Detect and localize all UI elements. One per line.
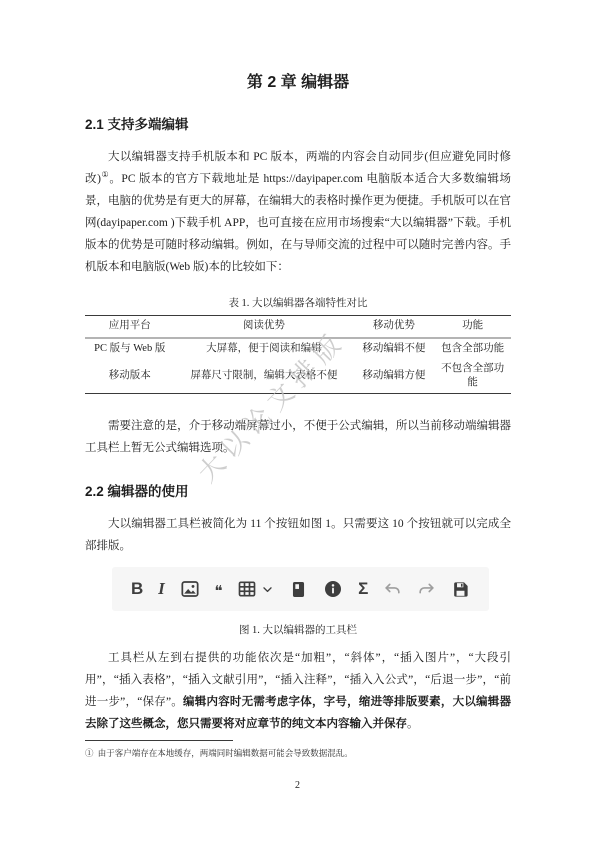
section-heading-2-2: 2.2 编辑器的使用: [85, 483, 511, 501]
chapter-title: 第 2 章 编辑器: [85, 72, 511, 94]
table-cell: PC 版与 Web 版: [85, 338, 174, 359]
insert-citation-icon: [289, 577, 308, 601]
insert-formula-icon: Σ: [358, 577, 368, 601]
section-heading-2-1: 2.1 支持多端编辑: [85, 116, 511, 134]
document-page: 大以论文排版 第 2 章 编辑器 2.1 支持多端编辑 大以编辑器支持手机版本和…: [0, 0, 595, 842]
table-row: PC 版与 Web 版 大屏幕，便于阅读和编辑 移动编辑不便 包含全部功能: [85, 338, 511, 359]
paragraph-multi-device: 大以编辑器支持手机版本和 PC 版本，两端的内容会自动同步(但应避免同时修改)①…: [85, 146, 511, 278]
redo-icon: [417, 577, 436, 601]
page-number: 2: [0, 780, 595, 791]
toolbar-figure-image: B I ❝: [112, 567, 489, 611]
paragraph-text: 。PC 版本的官方下载地址是 https://dayipaper.com 电脑版…: [85, 173, 511, 273]
table-cell: 移动版本: [85, 359, 174, 394]
table-cell: 不包含全部功能: [434, 359, 511, 394]
paragraph-text: 。: [407, 718, 419, 730]
paragraph-toolbar-intro: 大以编辑器工具栏被简化为 11 个按钮如图 1。只需要这 10 个按钮就可以完成…: [85, 513, 511, 557]
bold-icon: B: [131, 577, 143, 601]
insert-table-group: [237, 577, 274, 601]
table-row: 移动版本 屏幕尺寸限制，编辑大表格不便 移动编辑方便 不包含全部功能: [85, 359, 511, 394]
undo-icon: [383, 577, 402, 601]
paragraph-toolbar-functions: 工具栏从左到右提供的功能依次是“加粗”，“斜体”，“插入图片”，“大段引用”，“…: [85, 647, 511, 735]
chevron-down-icon: [261, 577, 274, 601]
table-cell: 屏幕尺寸限制，编辑大表格不便: [174, 359, 353, 394]
save-icon: [451, 577, 470, 601]
italic-icon: I: [158, 577, 165, 601]
table-cell: 移动编辑不便: [353, 338, 434, 359]
footnote-text: ① 由于客户端存在本地缓存，两端同时编辑数据可能会导致数据混乱。: [85, 747, 511, 759]
blockquote-icon: ❝: [215, 580, 223, 604]
footnote-block: ① 由于客户端存在本地缓存，两端同时编辑数据可能会导致数据混乱。: [85, 740, 511, 759]
footnote-divider: [85, 740, 233, 741]
figure-caption: 图 1. 大以编辑器的工具栏: [85, 624, 511, 638]
platform-comparison-table: 应用平台 阅读优势 移动优势 功能 PC 版与 Web 版 大屏幕，便于阅读和编…: [85, 315, 511, 394]
column-header-platform: 应用平台: [85, 316, 174, 339]
insert-table-icon: [237, 577, 257, 601]
footnote-marker: ①: [85, 748, 94, 758]
paragraph-formula-note: 需要注意的是，介于移动端屏幕过小，不便于公式编辑，所以当前移动端编辑器工具栏上暂…: [85, 415, 511, 459]
column-header-reading: 阅读优势: [174, 316, 353, 339]
footnote-content: 由于客户端存在本地缓存，两端同时编辑数据可能会导致数据混乱。: [98, 748, 353, 758]
table-caption: 表 1. 大以编辑器各端特性对比: [85, 297, 511, 311]
table-header-row: 应用平台 阅读优势 移动优势 功能: [85, 316, 511, 339]
page-content: 第 2 章 编辑器 2.1 支持多端编辑 大以编辑器支持手机版本和 PC 版本，…: [85, 72, 511, 735]
column-header-features: 功能: [434, 316, 511, 339]
table-cell: 包含全部功能: [434, 338, 511, 359]
column-header-mobility: 移动优势: [353, 316, 434, 339]
table-cell: 大屏幕，便于阅读和编辑: [174, 338, 353, 359]
table-cell: 移动编辑方便: [353, 359, 434, 394]
insert-annotation-icon: [323, 577, 343, 601]
insert-image-icon: [180, 577, 200, 601]
